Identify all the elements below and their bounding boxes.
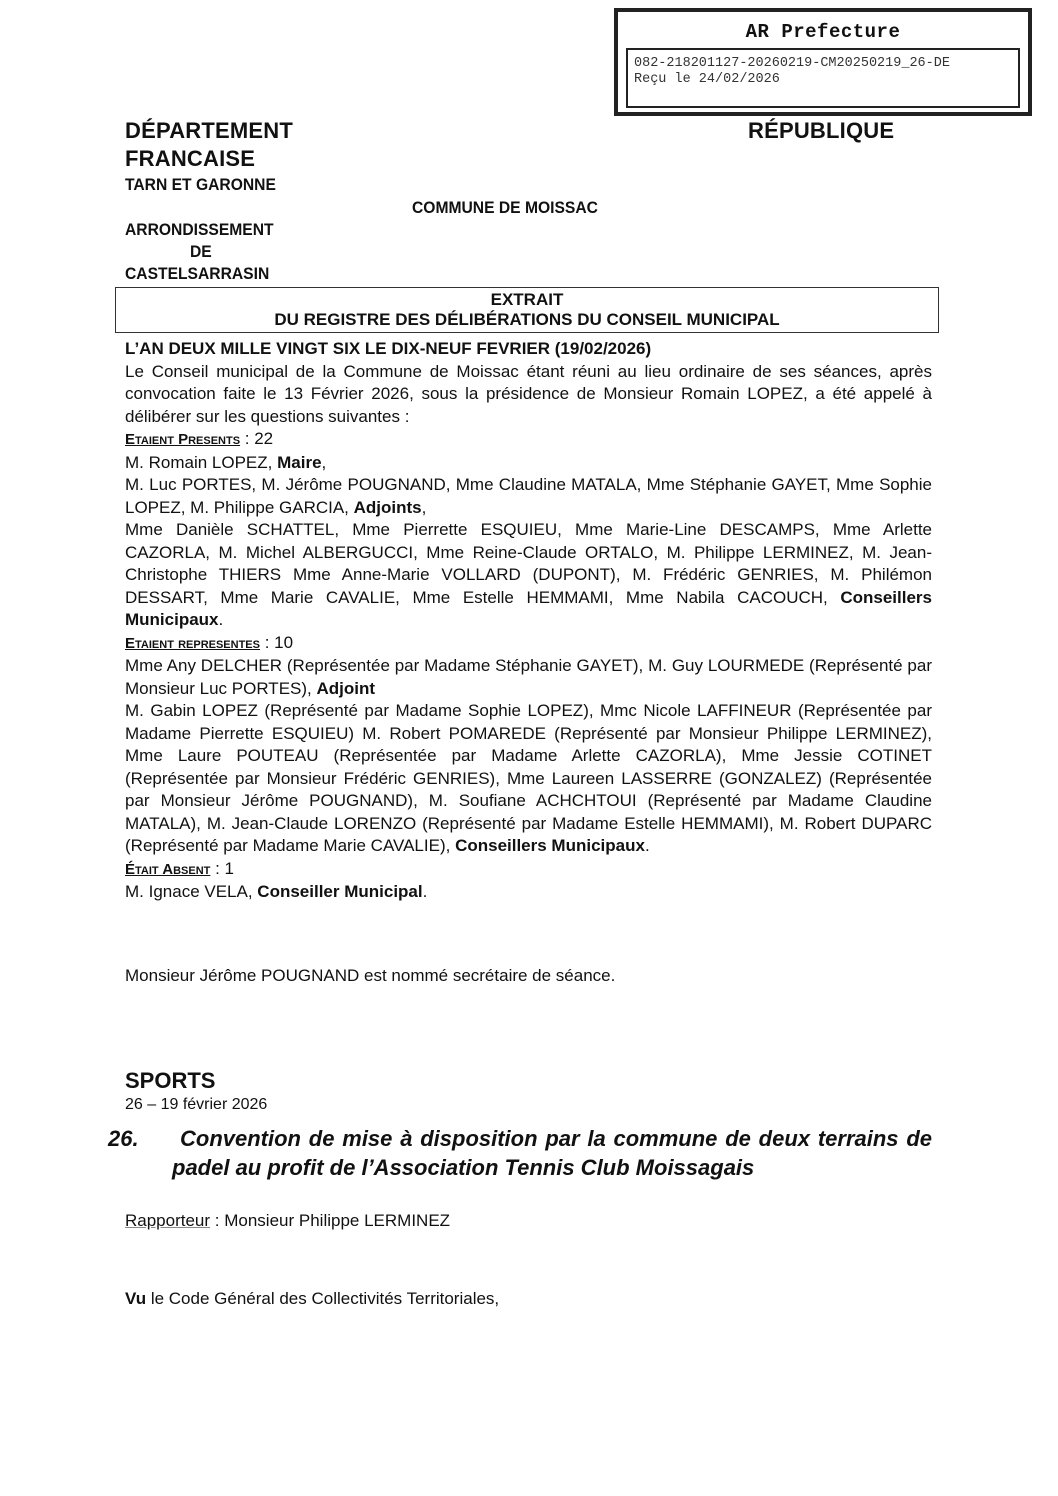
represented-conseillers-role: Conseillers Municipaux — [455, 836, 645, 855]
session-intro: Le Conseil municipal de la Commune de Mo… — [125, 361, 932, 429]
representes-heading: Etaient representes : 10 — [125, 632, 932, 656]
absent-role: Conseiller Municipal — [257, 882, 422, 901]
section-date: 26 – 19 février 2026 — [125, 1096, 267, 1114]
absent-names: M. Ignace VELA, — [125, 882, 257, 901]
represented-adjoint-role: Adjoint — [316, 679, 375, 698]
header-republique: RÉPUBLIQUE — [748, 118, 894, 144]
stamp-received-date: Reçu le 24/02/2026 — [634, 72, 1012, 88]
representes-count: : 10 — [265, 633, 293, 652]
header-arrondissement: ARRONDISSEMENT — [125, 220, 274, 240]
rapporteur-label: Rapporteur — [125, 1211, 210, 1230]
presents-count: : 22 — [245, 429, 273, 448]
adjoints-role: Adjoints — [354, 498, 422, 517]
rapporteur-value: : Monsieur Philippe LERMINEZ — [210, 1211, 450, 1230]
vu-line: Vu le Code Général des Collectivités Ter… — [125, 1289, 499, 1309]
extrait-subtitle: DU REGISTRE DES DÉLIBÉRATIONS DU CONSEIL… — [116, 310, 938, 330]
absent-list: M. Ignace VELA, Conseiller Municipal. — [125, 881, 932, 904]
extrait-banner: EXTRAIT DU REGISTRE DES DÉLIBÉRATIONS DU… — [115, 287, 939, 333]
prefecture-stamp: AR Prefecture 082-218201127-20260219-CM2… — [614, 8, 1032, 116]
presents-conseillers: Mme Danièle SCHATTEL, Mme Pierrette ESQU… — [125, 519, 932, 632]
rapporteur-line: Rapporteur : Monsieur Philippe LERMINEZ — [125, 1211, 450, 1231]
represented-adjoint-names: Mme Any DELCHER (Représentée par Madame … — [125, 656, 932, 698]
stamp-details: 082-218201127-20260219-CM20250219_26-DE … — [626, 48, 1020, 108]
representes-label: Etaient representes — [125, 635, 260, 652]
vu-bold: Vu — [125, 1289, 146, 1308]
presents-adjoints: M. Luc PORTES, M. Jérôme POUGNAND, Mme C… — [125, 474, 932, 519]
maire-role: Maire — [277, 453, 321, 472]
secretaire-line: Monsieur Jérôme POUGNAND est nommé secré… — [125, 966, 615, 986]
representes-adjoints: Mme Any DELCHER (Représentée par Madame … — [125, 655, 932, 700]
session-date-heading: L’AN DEUX MILLE VINGT SIX LE DIX-NEUF FE… — [125, 338, 932, 361]
session-body: L’AN DEUX MILLE VINGT SIX LE DIX-NEUF FE… — [125, 338, 932, 904]
adjoints-names: M. Luc PORTES, M. Jérôme POUGNAND, Mme C… — [125, 475, 932, 517]
motion-number: 26. — [140, 1124, 180, 1153]
header-commune: COMMUNE DE MOISSAC — [412, 198, 598, 218]
represented-conseillers-names: M. Gabin LOPEZ (Représenté par Madame So… — [125, 701, 932, 855]
header-castelsarrasin: CASTELSARRASIN — [125, 264, 269, 284]
header-de: DE — [190, 242, 212, 262]
stamp-title: AR Prefecture — [618, 21, 1028, 43]
presents-label: Etaient Presents — [125, 431, 240, 448]
section-title: SPORTS — [125, 1068, 215, 1094]
conseillers-names: Mme Danièle SCHATTEL, Mme Pierrette ESQU… — [125, 520, 932, 607]
stamp-reference: 082-218201127-20260219-CM20250219_26-DE — [634, 56, 1012, 72]
header-francaise: FRANCAISE — [125, 146, 255, 172]
header-departement: DÉPARTEMENT — [125, 118, 293, 144]
absent-count: : 1 — [215, 859, 234, 878]
header-tarn-et-garonne: TARN ET GARONNE — [125, 175, 276, 195]
vu-text: le Code Général des Collectivités Territ… — [146, 1289, 499, 1308]
absent-label: Était Absent — [125, 861, 210, 878]
presents-maire: M. Romain LOPEZ, Maire, — [125, 452, 932, 475]
maire-name: M. Romain LOPEZ, — [125, 453, 277, 472]
absent-heading: Était Absent : 1 — [125, 858, 932, 882]
presents-heading: Etaient Presents : 22 — [125, 428, 932, 452]
extrait-title: EXTRAIT — [116, 290, 938, 310]
motion-title-block: 26.Convention de mise à disposition par … — [140, 1124, 932, 1182]
representes-conseillers: M. Gabin LOPEZ (Représenté par Madame So… — [125, 700, 932, 858]
motion-title: Convention de mise à disposition par la … — [172, 1126, 932, 1180]
